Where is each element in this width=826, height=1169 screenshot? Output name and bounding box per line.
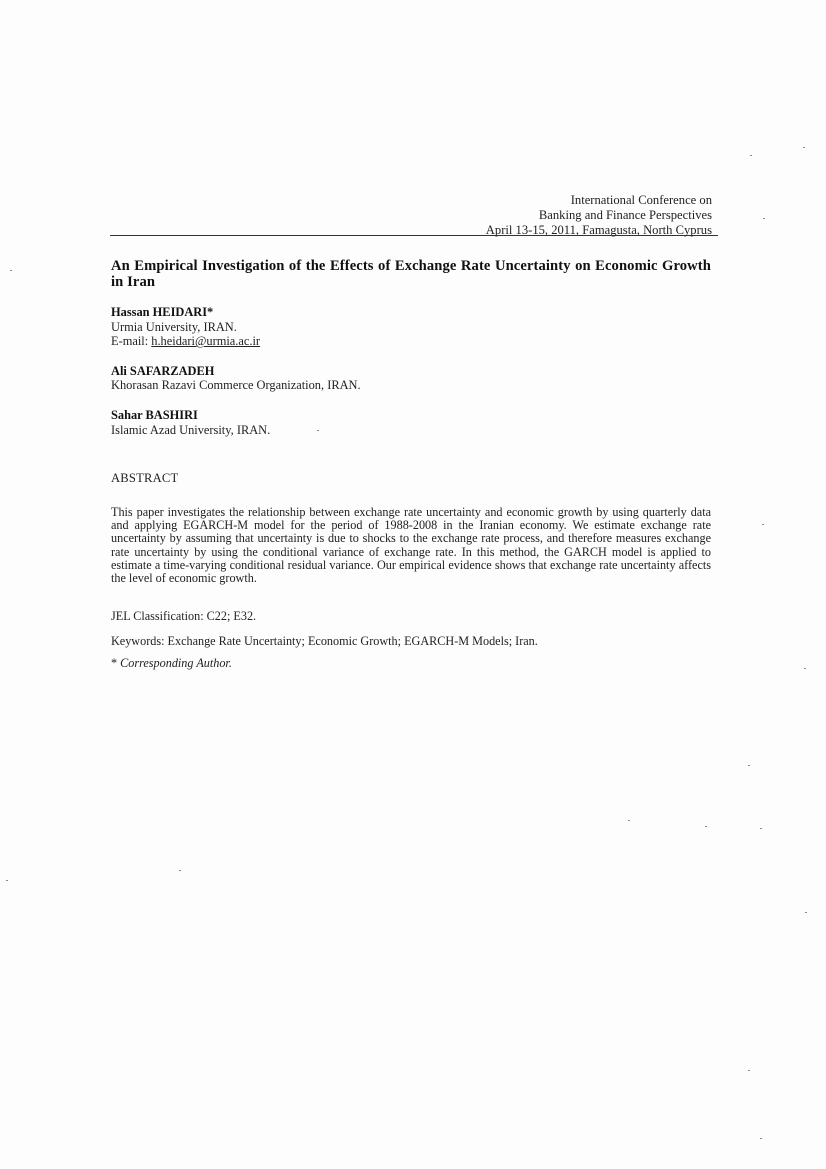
footnote-marker: *: [111, 656, 120, 670]
scan-speck: [317, 430, 319, 431]
scan-speck: [805, 912, 807, 913]
author-email-line: E-mail: h.heidari@urmia.ac.ir: [111, 334, 361, 349]
author-2: Ali SAFARZADEH Khorasan Razavi Commerce …: [111, 364, 361, 393]
author-3: Sahar BASHIRI Islamic Azad University, I…: [111, 408, 361, 437]
abstract-heading: ABSTRACT: [111, 471, 178, 486]
scan-speck: [762, 524, 764, 525]
author-affiliation: Khorasan Razavi Commerce Organization, I…: [111, 378, 361, 393]
corresponding-author-footnote: * Corresponding Author.: [111, 656, 232, 671]
header-rule: [110, 235, 718, 236]
scan-speck: [763, 218, 765, 219]
author-name: Hassan HEIDARI*: [111, 305, 361, 320]
conference-topic: Banking and Finance Perspectives: [486, 208, 712, 223]
scan-speck: [179, 870, 181, 871]
scan-speck: [628, 820, 630, 821]
email-label: E-mail:: [111, 334, 151, 348]
author-affiliation: Islamic Azad University, IRAN.: [111, 423, 361, 438]
email-link[interactable]: h.heidari@urmia.ac.ir: [151, 334, 260, 348]
abstract-text: This paper investigates the relationship…: [111, 506, 711, 585]
jel-classification: JEL Classification: C22; E32.: [111, 609, 256, 624]
author-affiliation: Urmia University, IRAN.: [111, 320, 361, 335]
scan-speck: [760, 828, 762, 829]
scan-speck: [748, 1070, 750, 1071]
keywords: Keywords: Exchange Rate Uncertainty; Eco…: [111, 634, 538, 649]
scan-speck: [750, 155, 752, 156]
paper-title: An Empirical Investigation of the Effect…: [111, 258, 711, 290]
scan-speck: [6, 880, 8, 881]
author-list: Hassan HEIDARI* Urmia University, IRAN. …: [111, 305, 361, 452]
author-name: Ali SAFARZADEH: [111, 364, 361, 379]
scan-speck: [705, 826, 707, 827]
scan-speck: [803, 147, 805, 148]
scan-speck: [10, 270, 12, 271]
scan-speck: [748, 765, 750, 766]
scan-speck: [804, 668, 806, 669]
conference-name: International Conference on: [486, 193, 712, 208]
footnote-text: Corresponding Author.: [120, 656, 232, 670]
author-1: Hassan HEIDARI* Urmia University, IRAN. …: [111, 305, 361, 349]
conference-header: International Conference on Banking and …: [486, 193, 712, 238]
scan-speck: [760, 1138, 762, 1139]
paper-page: International Conference on Banking and …: [0, 0, 826, 1169]
author-name: Sahar BASHIRI: [111, 408, 361, 423]
